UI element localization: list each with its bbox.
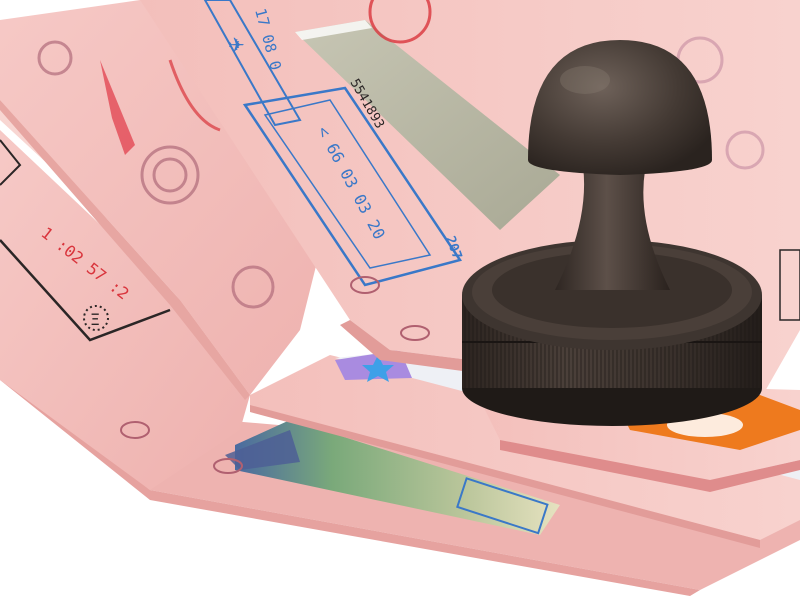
airplane-icon: ✈ xyxy=(228,33,245,57)
passport-photo: 1 :02 57 :2 Ξ 17 08 0 ✈ 5541893 xyxy=(0,0,800,600)
black-code-stamp: Ξ xyxy=(90,310,100,329)
